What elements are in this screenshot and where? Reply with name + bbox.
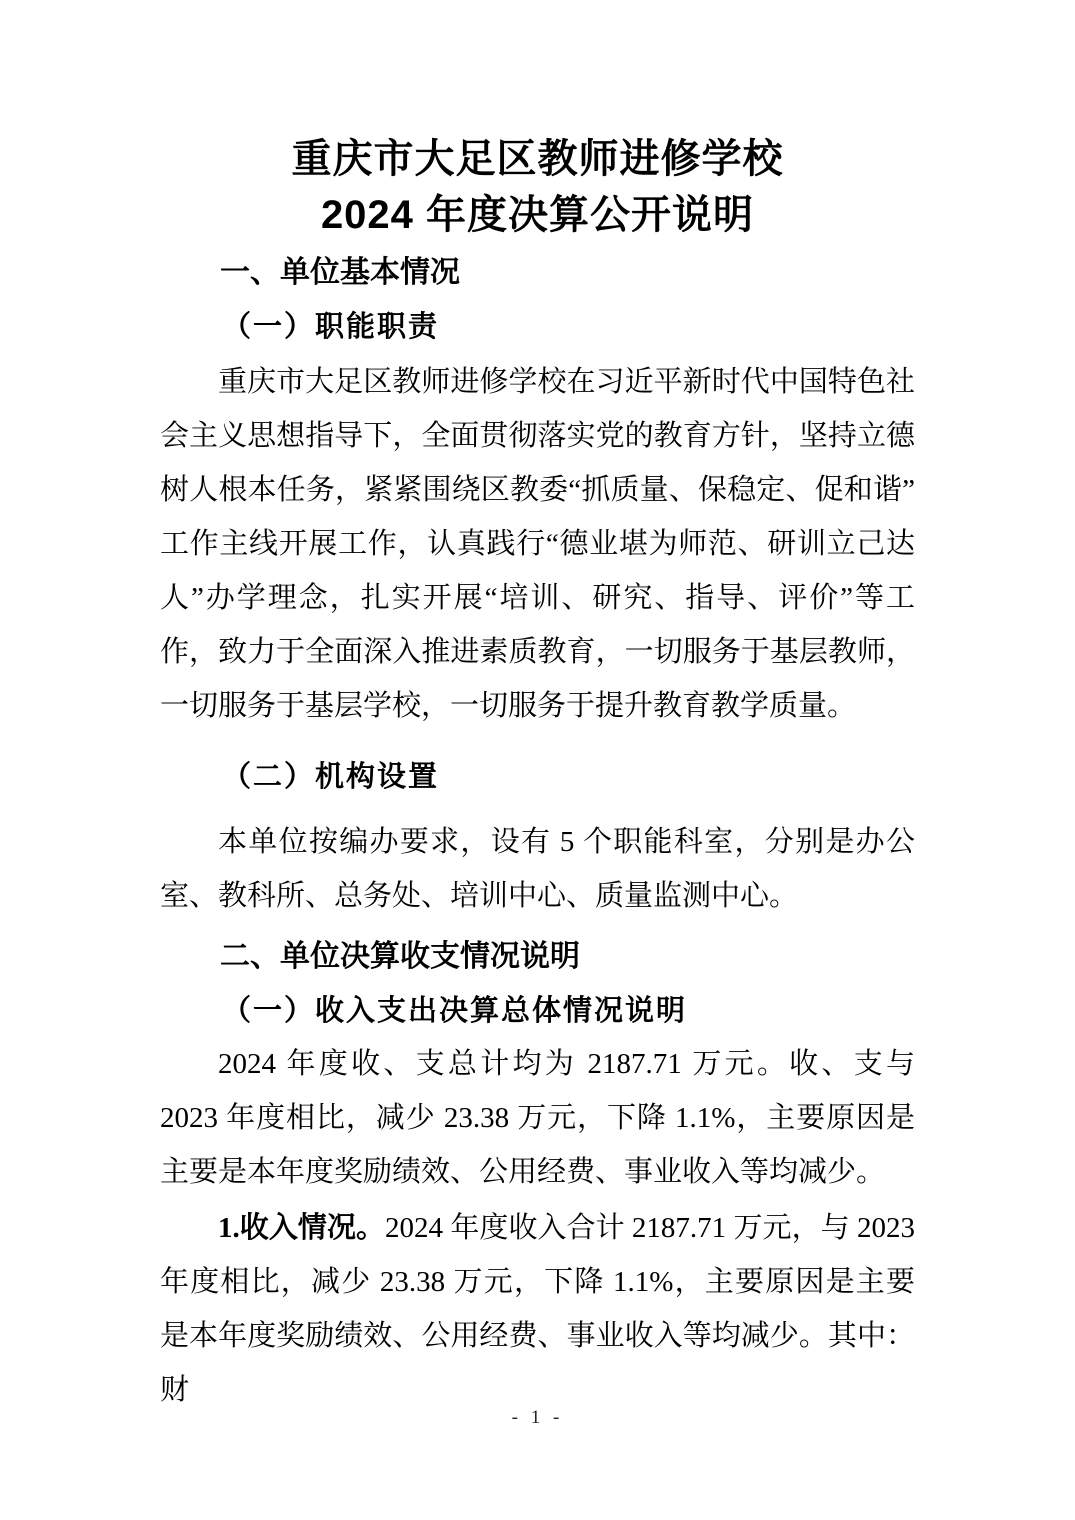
- paragraph-2-bold-lead: 1.收入情况。: [218, 1212, 385, 1244]
- section-1-sub-2-heading: （二）机构设置: [222, 755, 915, 799]
- document-title-line-1: 重庆市大足区教师进修学校: [160, 131, 915, 187]
- section-1-sub-1-paragraph: 重庆市大足区教师进修学校在习近平新时代中国特色社会主义思想指导下，全面贯彻落实党…: [160, 355, 915, 733]
- document-title-line-2: 2024 年度决算公开说明: [160, 187, 915, 243]
- page-number: - 1 -: [512, 1407, 564, 1428]
- document-page: 重庆市大足区教师进修学校 2024 年度决算公开说明 一、单位基本情况 （一）职…: [0, 0, 1075, 1520]
- section-2-sub-1-heading: （一）收入支出决算总体情况说明: [222, 989, 915, 1033]
- section-2-sub-1-paragraph-1: 2024 年度收、支总计均为 2187.71 万元。收、支与 2023 年度相比…: [160, 1037, 915, 1199]
- section-1-heading: 一、单位基本情况: [220, 251, 915, 295]
- section-2-sub-1-paragraph-2: 1.收入情况。2024 年度收入合计 2187.71 万元，与 2023 年度相…: [160, 1201, 915, 1417]
- section-1-sub-2-paragraph: 本单位按编办要求，设有 5 个职能科室，分别是办公室、教科所、总务处、培训中心、…: [160, 815, 915, 923]
- section-1-sub-1-heading: （一）职能职责: [222, 305, 915, 349]
- document-content: 重庆市大足区教师进修学校 2024 年度决算公开说明 一、单位基本情况 （一）职…: [0, 0, 1075, 1417]
- page-footer: - 1 -: [0, 1406, 1075, 1430]
- section-2-heading: 二、单位决算收支情况说明: [220, 935, 915, 979]
